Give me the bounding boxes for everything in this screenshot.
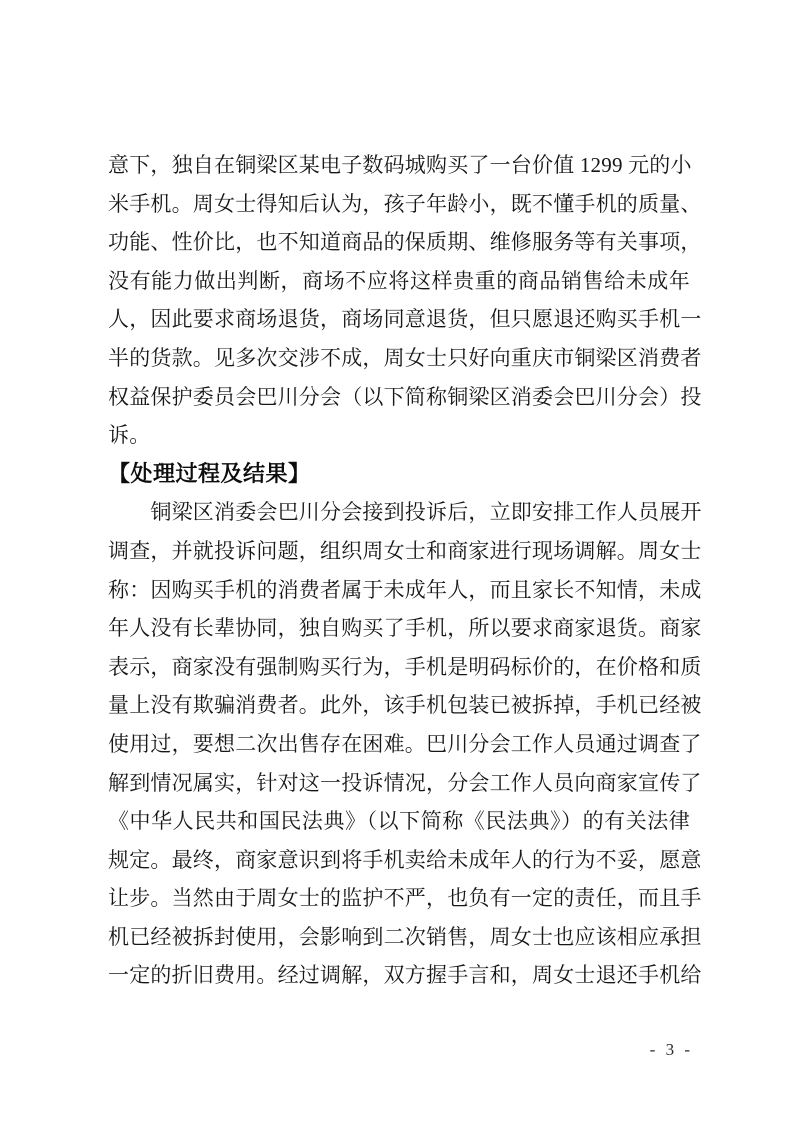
text-line: 《中华人民共和国民法典》（以下简称《民法典》）的有关法律 xyxy=(108,802,690,841)
text-line: 诉。 xyxy=(108,416,690,455)
text-line: 让步。当然由于周女士的监护不严，也负有一定的责任，而且手 xyxy=(108,879,690,918)
text-line: 表示，商家没有强制购买行为，手机是明码标价的，在价格和质 xyxy=(108,648,690,687)
text-line: 规定。最终，商家意识到将手机卖给未成年人的行为不妥，愿意 xyxy=(108,841,690,880)
text-line: 半的货款。见多次交涉不成，周女士只好向重庆市铜梁区消费者 xyxy=(108,339,690,378)
text-line: 功能、性价比，也不知道商品的保质期、维修服务等有关事项， xyxy=(108,223,690,262)
document-page: 意下，独自在铜梁区某电子数码城购买了一台价值 1299 元的小米手机。周女士得知… xyxy=(0,0,793,1122)
text-line: 铜梁区消委会巴川分会接到投诉后，立即安排工作人员展开 xyxy=(108,493,690,532)
text-line: 米手机。周女士得知后认为，孩子年龄小，既不懂手机的质量、 xyxy=(108,185,690,224)
page-number: - 3 - xyxy=(650,1038,693,1062)
text-line: 年人没有长辈协同，独自购买了手机，所以要求商家退货。商家 xyxy=(108,609,690,648)
text-line: 没有能力做出判断，商场不应将这样贵重的商品销售给未成年 xyxy=(108,262,690,301)
text-line: 解到情况属实，针对这一投诉情况，分会工作人员向商家宣传了 xyxy=(108,764,690,803)
text-block: 意下，独自在铜梁区某电子数码城购买了一台价值 1299 元的小米手机。周女士得知… xyxy=(108,146,690,995)
text-line: 使用过，要想二次出售存在困难。巴川分会工作人员通过调查了 xyxy=(108,725,690,764)
text-line: 意下，独自在铜梁区某电子数码城购买了一台价值 1299 元的小 xyxy=(108,146,690,185)
text-line: 机已经被拆封使用，会影响到二次销售，周女士也应该相应承担 xyxy=(108,918,690,957)
text-line: 称：因购买手机的消费者属于未成年人，而且家长不知情，未成 xyxy=(108,571,690,610)
text-line: 权益保护委员会巴川分会（以下简称铜梁区消委会巴川分会）投 xyxy=(108,378,690,417)
text-line: 人，因此要求商场退货，商场同意退货，但只愿退还购买手机一 xyxy=(108,300,690,339)
text-line: 量上没有欺骗消费者。此外，该手机包装已被拆掉，手机已经被 xyxy=(108,686,690,725)
text-line: 调查，并就投诉问题，组织周女士和商家进行现场调解。周女士 xyxy=(108,532,690,571)
text-line: 一定的折旧费用。经过调解，双方握手言和，周女士退还手机给 xyxy=(108,956,690,995)
section-heading: 【处理过程及结果】 xyxy=(108,455,690,494)
